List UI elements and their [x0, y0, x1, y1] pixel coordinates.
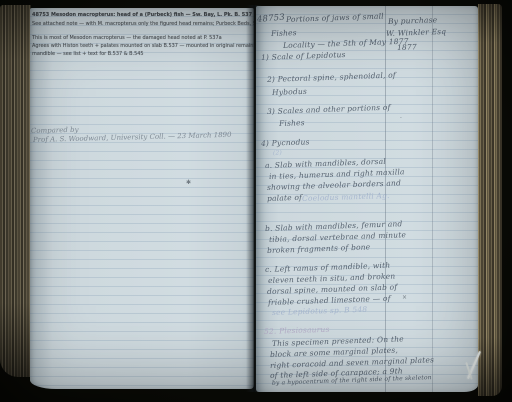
pencil-note-line: See attached note — with M. macropterus …: [32, 21, 254, 27]
faded-annotation: Coelodus mantelli Ag.: [302, 191, 390, 203]
faded-annotation: (2): [273, 149, 282, 156]
entry-line: Locality — the 5th of May 1877: [283, 37, 409, 50]
ink-speck-mark: ✱: [186, 179, 191, 186]
entry-number: 48753: [257, 13, 286, 25]
right-page-fore-edge: [478, 4, 502, 396]
register-book-photo: 48753 Mesodon macropterus: head of a (Pu…: [0, 0, 512, 402]
entry-line: Portions of jaws of small: [286, 12, 384, 24]
entry-line: 3) Scales and other portions of: [267, 103, 391, 116]
right-page: 48753 Portions of jaws of small Fishes L…: [256, 6, 478, 392]
entry-line: showing the alveolar borders and: [267, 178, 401, 192]
entry-line: Fishes: [271, 28, 297, 38]
faded-annotation: see Lepidotus sp. B 548: [272, 305, 368, 317]
entry-line: 1) Scale of Lepidotus: [261, 50, 346, 62]
entry-line: palate of: [267, 193, 302, 203]
column-rule: [432, 6, 433, 392]
pencil-note-line: 48753 Mesodon macropterus: head of a (Pu…: [32, 12, 252, 18]
entry-line: Fishes: [279, 118, 305, 128]
acquisition-line: 1877: [397, 42, 417, 52]
left-spine-page-edges: [0, 5, 31, 377]
entry-line: Hybodus: [272, 87, 307, 97]
acquisition-line: W. Winkler Esq: [386, 27, 447, 38]
pencil-note-line: Agrees with Histon teeth + palates mount…: [32, 43, 254, 49]
left-page: 48753 Mesodon macropterus: head of a (Pu…: [30, 8, 254, 389]
ink-speck-mark: ×: [402, 294, 407, 301]
ink-speck-mark: ·: [400, 115, 402, 122]
section-heading: 52. Plesiosaurus: [264, 325, 330, 336]
provenance-note-line: Compared by: [31, 126, 79, 135]
entry-line: 2) Pectoral spine, sphenoidal, of: [267, 71, 396, 84]
section-heading: 4) Pycnodus: [261, 137, 310, 148]
pencil-note-line: mandible — see list + text for B.537 & B…: [32, 51, 144, 57]
entry-line: broken fragments of bone: [267, 242, 371, 255]
acquisition-line: By purchase: [388, 15, 438, 26]
pencil-note-line: This is most of Mesodon macropterus — th…: [32, 35, 222, 41]
